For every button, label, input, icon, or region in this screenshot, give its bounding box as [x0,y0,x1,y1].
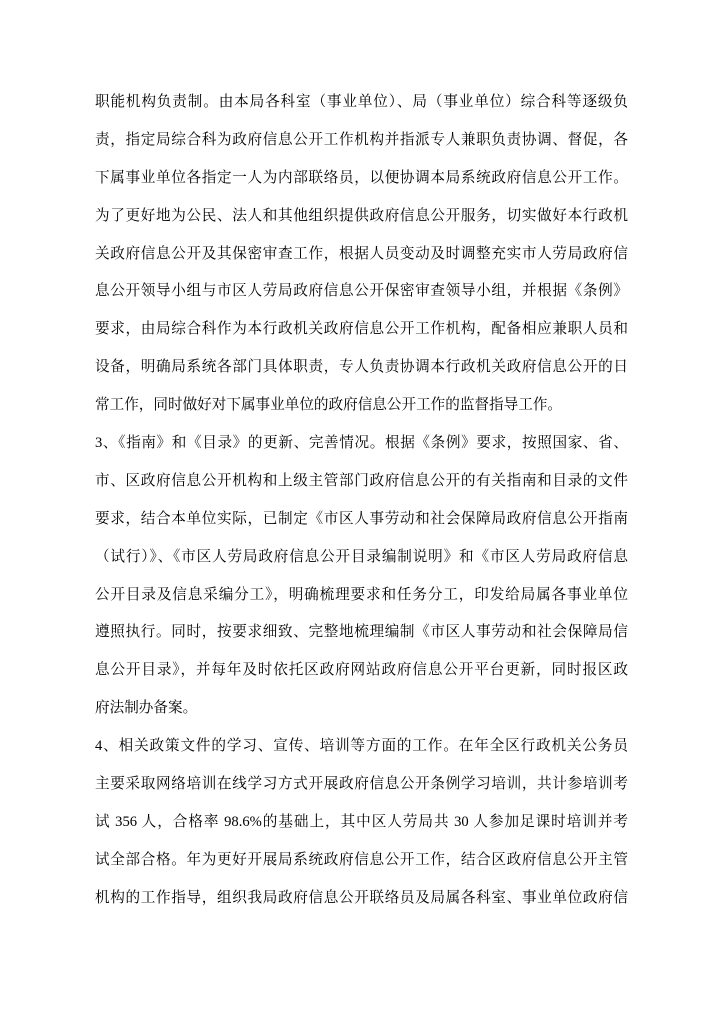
text-line: 市、区政府信息公开机构和上级主管部门政府信息公开的有关指南和目录的文件 [95,463,628,501]
text-line: 责，指定局综合科为政府信息公开工作机构并指派专人兼职负责协调、督促，各 [95,122,628,160]
paragraph: 4、相关政策文件的学习、宣传、培训等方面的工作。在年全区行政机关公务员主要采取网… [95,728,628,917]
document-text-block: 职能机构负责制。由本局各科室（事业单位）、局（事业单位）综合科等逐级负责，指定局… [95,84,628,918]
paragraph: 3、《指南》和《目录》的更新、完善情况。根据《条例》要求，按照国家、省、市、区政… [95,425,628,728]
text-line: 主要采取网络培训在线学习方式开展政府信息公开条例学习培训，共计参培训考 [95,766,628,804]
text-line: 设备，明确局系统各部门具体职责，专人负责协调本行政机关政府信息公开的日 [95,349,628,387]
text-line: 公开目录及信息采编分工》，明确梳理要求和任务分工，印发给局属各事业单位 [95,577,628,615]
text-line: 息公开目录》，并每年及时依托区政府网站政府信息公开平台更新，同时报区政 [95,652,628,690]
text-line: 遵照执行。同时，按要求细致、完整地梳理编制《市区人事劳动和社会保障局信 [95,614,628,652]
text-line: 职能机构负责制。由本局各科室（事业单位）、局（事业单位）综合科等逐级负 [95,84,628,122]
text-line: 试 356 人，合格率 98.6%的基础上，其中区人劳局共 30 人参加足课时培… [95,804,628,842]
text-line: 息公开领导小组与市区人劳局政府信息公开保密审查领导小组，并根据《条例》 [95,273,628,311]
text-line: 府法制办备案。 [95,690,628,728]
text-line: 要求，结合本单位实际，已制定《市区人事劳动和社会保障局政府信息公开指南 [95,501,628,539]
text-line: 要求，由局综合科作为本行政机关政府信息公开工作机构，配备相应兼职人员和 [95,311,628,349]
text-line: 机构的工作指导，组织我局政府信息公开联络员及局属各科室、事业单位政府信 [95,880,628,918]
text-line: 关政府信息公开及其保密审查工作，根据人员变动及时调整充实市人劳局政府信 [95,236,628,274]
paragraph: 职能机构负责制。由本局各科室（事业单位）、局（事业单位）综合科等逐级负责，指定局… [95,84,628,425]
text-line: 4、相关政策文件的学习、宣传、培训等方面的工作。在年全区行政机关公务员 [95,728,628,766]
text-line: 3、《指南》和《目录》的更新、完善情况。根据《条例》要求，按照国家、省、 [95,425,628,463]
text-line: 为了更好地为公民、法人和其他组织提供政府信息公开服务，切实做好本行政机 [95,198,628,236]
text-line: 常工作，同时做好对下属事业单位的政府信息公开工作的监督指导工作。 [95,387,628,425]
text-line: 下属事业单位各指定一人为内部联络员，以便协调本局系统政府信息公开工作。 [95,160,628,198]
text-line: （试行）》、《市区人劳局政府信息公开目录编制说明》和《市区人劳局政府信息 [95,539,628,577]
document-page: 职能机构负责制。由本局各科室（事业单位）、局（事业单位）综合科等逐级负责，指定局… [0,0,721,1020]
text-line: 试全部合格。年为更好开展局系统政府信息公开工作，结合区政府信息公开主管 [95,842,628,880]
